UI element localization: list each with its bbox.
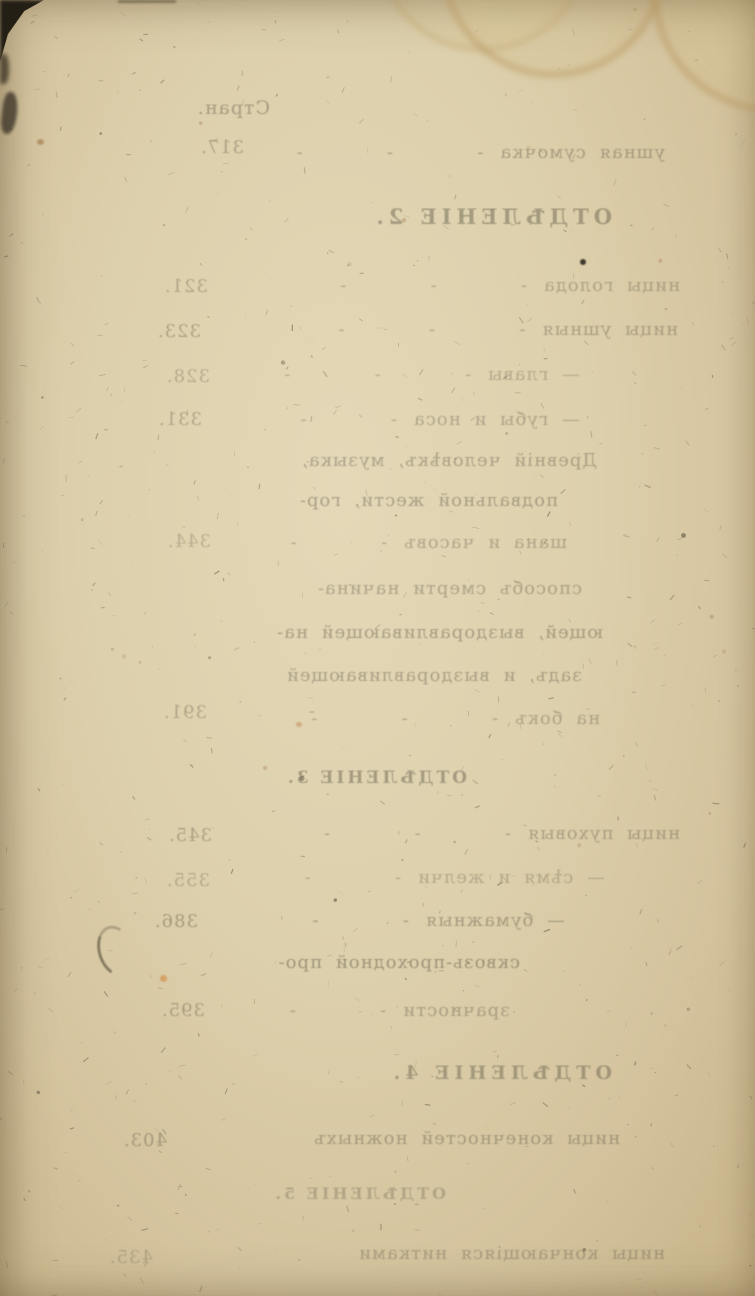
showthrough-page-number: 435. (98, 1247, 153, 1268)
showthrough-page-number: 391. (152, 702, 207, 723)
showthrough-line: — сѣмя и желчи- - (245, 867, 605, 888)
showthrough-line: ницы конечностей ножныхъ (180, 1128, 620, 1149)
showthrough-page-number: 323. (146, 321, 201, 342)
showthrough-line: задъ, и выздоравливающей (206, 665, 582, 686)
edge-streak (0, 54, 9, 84)
rust-spot (37, 139, 44, 145)
stain-ring-right (652, 0, 755, 114)
book-page: Стран. 317. ушная сумочка- - - ОТДѢЛЕНІЕ… (0, 0, 755, 1296)
showthrough-line: ушная сумочка- - - (240, 142, 665, 163)
showthrough-page-number: 386. (143, 911, 198, 932)
showthrough-section-heading: ОТДѢЛЕНІЕ 4. (300, 1062, 612, 1084)
showthrough-section-heading: ОТДѢЛЕНІЕ 3. (272, 768, 467, 788)
showthrough-line: ницы пуховыя- - - (250, 823, 680, 844)
showthrough-section-heading: ОТДѢЛЕНІЕ 2. (322, 204, 612, 229)
showthrough-page-number: 355. (158, 870, 210, 891)
showthrough-line: Древній человѣкъ, музыка, (222, 450, 597, 471)
showthrough-line: ницы кончающіяся нитками (200, 1243, 665, 1264)
showthrough-page-number: 328. (150, 366, 210, 387)
showthrough-line: сквозь-проходной про- (230, 952, 520, 973)
showthrough-line: — главы- - - (240, 364, 580, 385)
ink-spot (580, 259, 586, 265)
stain-ring-left (440, 0, 666, 78)
showthrough-page-number: 331. (144, 409, 202, 430)
showthrough-line: зрачности- - (230, 1000, 510, 1021)
showthrough-line: на бокъ- - - (250, 708, 600, 729)
showthrough-section-heading: ОТДѢЛЕНІЕ 5. (226, 1184, 446, 1203)
showthrough-page-number: 344. (161, 531, 211, 552)
paper-texture (0, 0, 755, 1296)
edge-blob (0, 91, 20, 135)
showthrough-page-number: 395. (150, 1000, 205, 1021)
showthrough-page-number: 317. (184, 137, 244, 158)
showthrough-line: ющей, выздоравливающей на- (195, 622, 603, 643)
rust-spot (160, 975, 167, 982)
showthrough-page-number: 403. (112, 1130, 167, 1151)
showthrough-line: способъ смерти начина- (212, 578, 582, 599)
showthrough-line: — губы и носа- - (210, 409, 580, 430)
showthrough-line: — бумажныя- - (235, 910, 565, 931)
showthrough-page-number: 321. (153, 276, 208, 297)
showthrough-line: подвальной жести, гор- (226, 490, 558, 511)
showthrough-line: шана и часовъ- - (222, 532, 567, 553)
showthrough-line: ницы голода- - - (250, 275, 680, 296)
corner-shadow (0, 0, 44, 62)
pen-mark (91, 921, 141, 982)
showthrough-page-number: 345. (160, 825, 212, 846)
edge-hairline (118, 0, 176, 3)
showthrough-column-header: Стран. (160, 97, 270, 119)
showthrough-line: ницы ушныя- - - (248, 319, 678, 340)
